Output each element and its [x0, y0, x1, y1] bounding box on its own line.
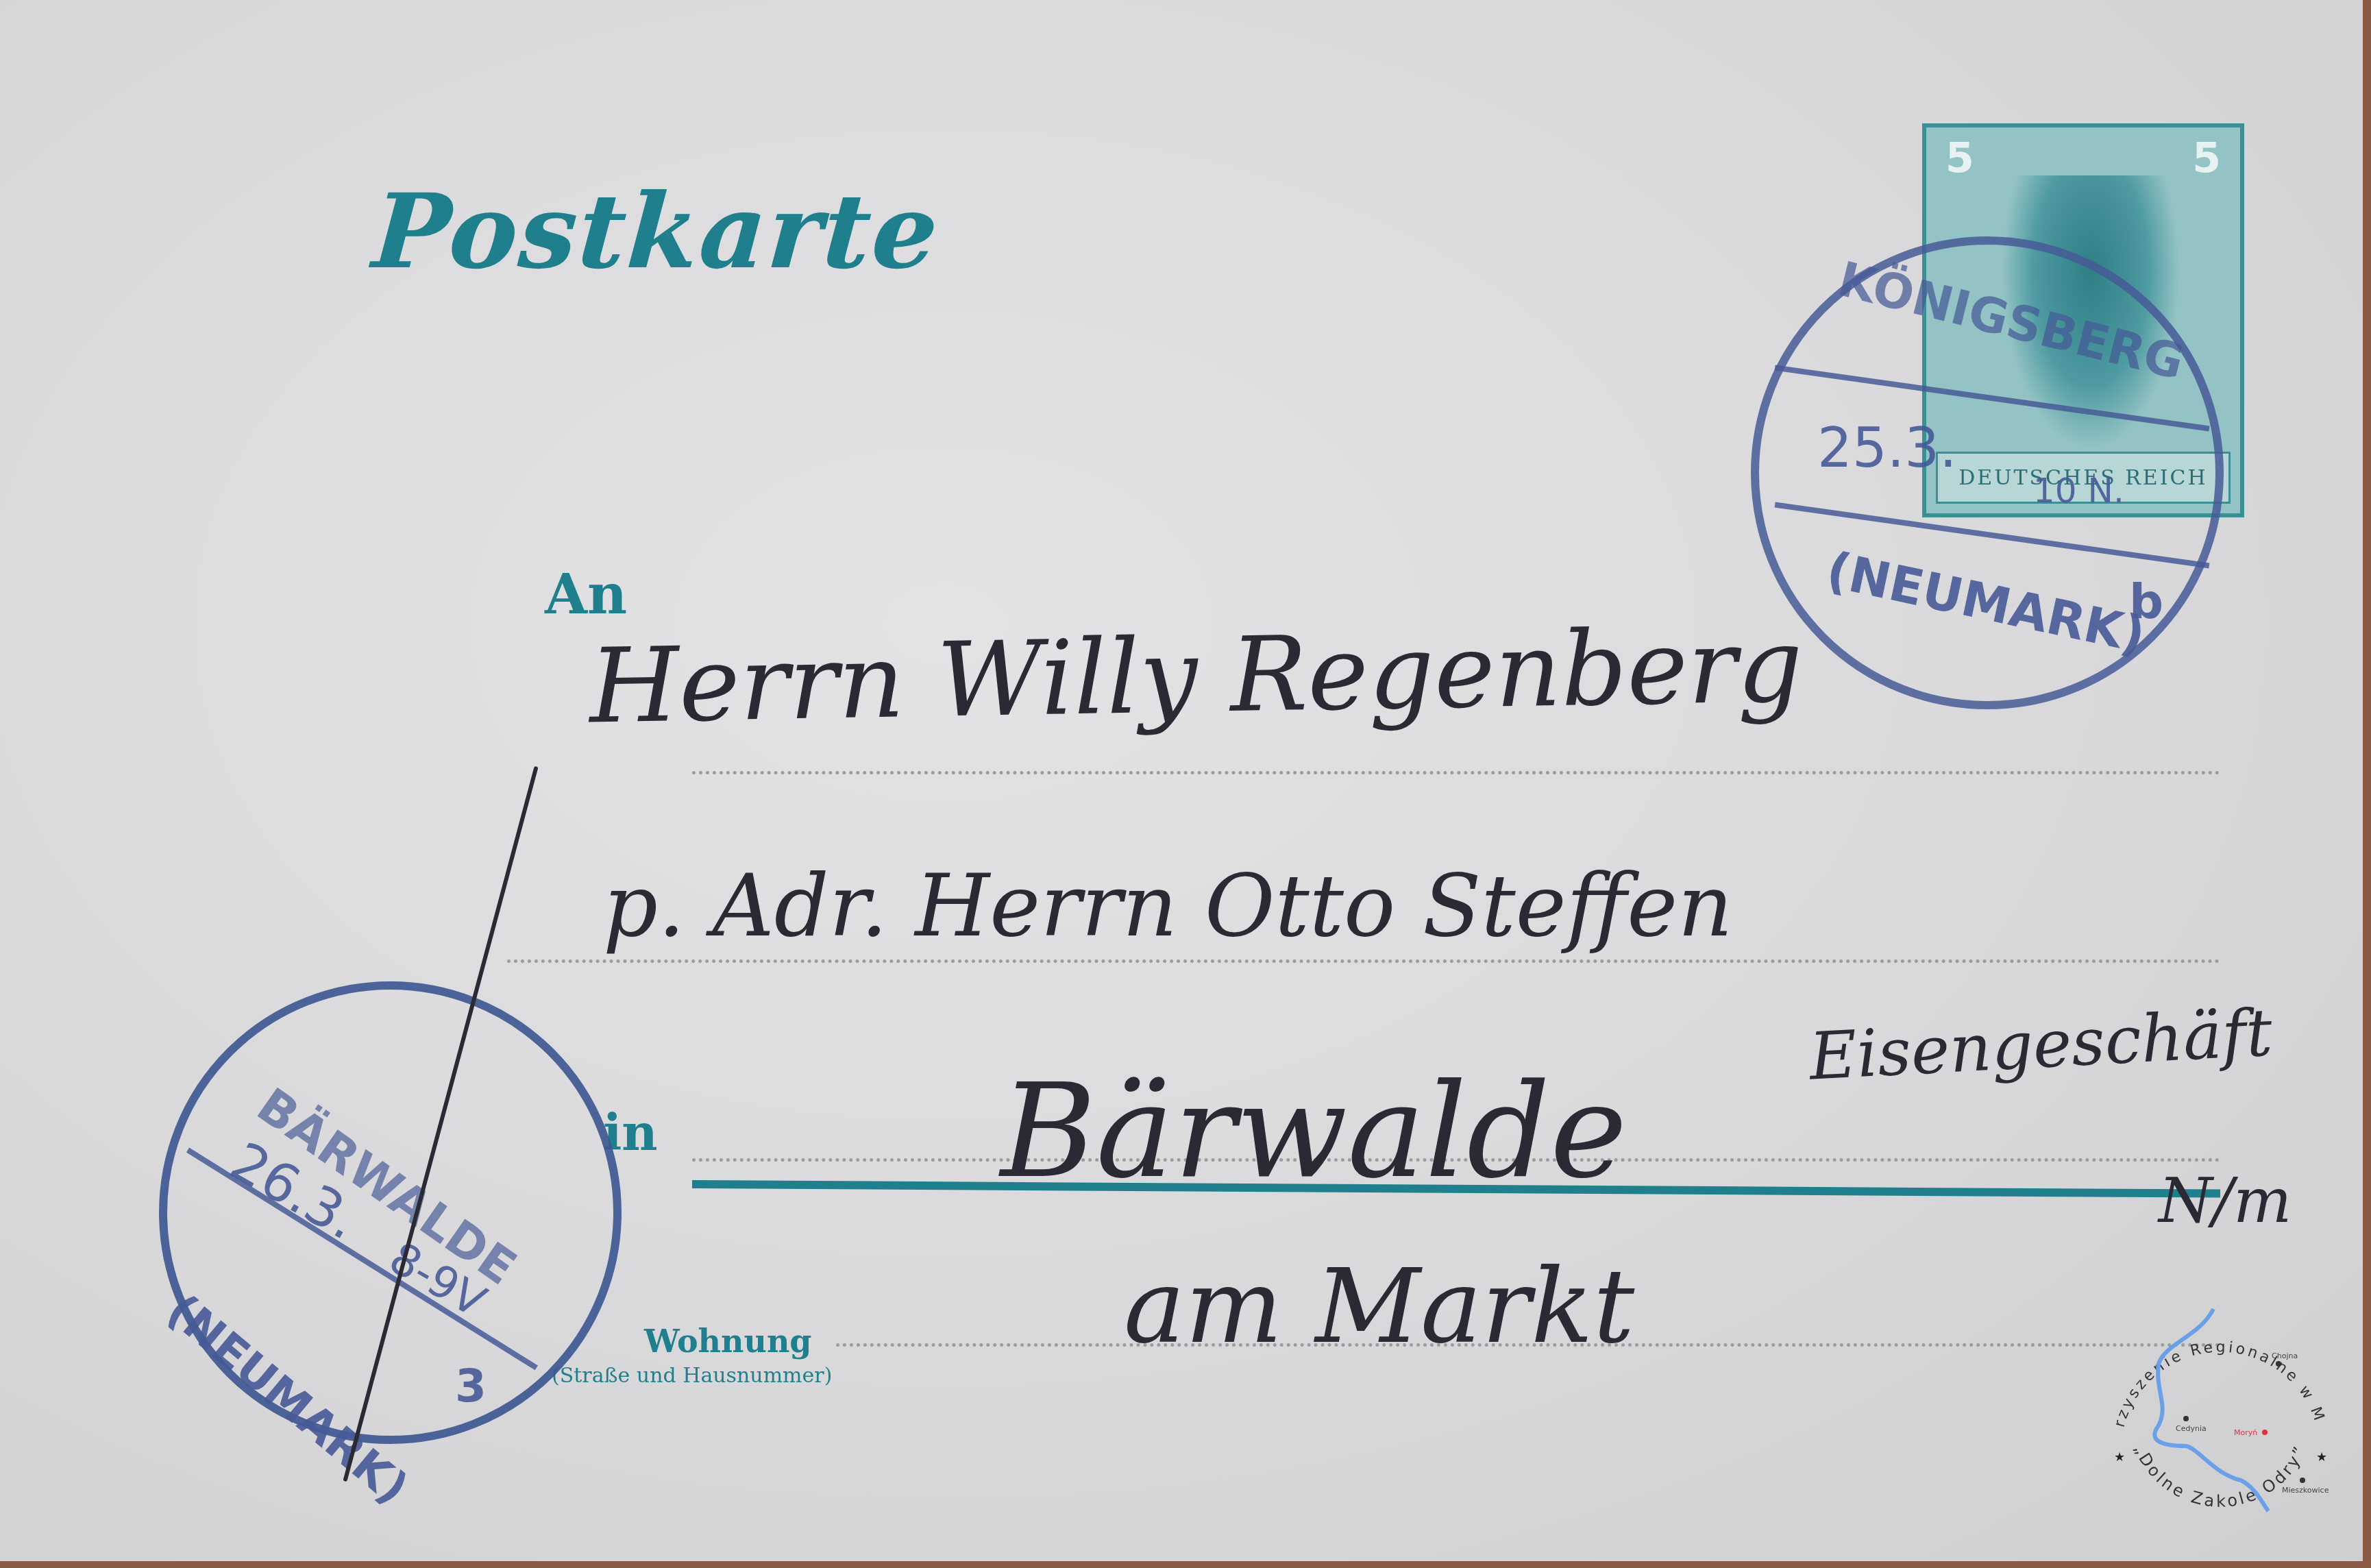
postmark-konigsberg: KÖNIGSBERG 25.3. 10 N. (NEUMARK) b: [1751, 236, 2224, 709]
postmark-letter: 3: [455, 1360, 487, 1412]
place-dot-icon: [2276, 1361, 2281, 1367]
handwritten-street: am Markt: [1124, 1247, 1634, 1367]
residence-label: Wohnung: [644, 1323, 812, 1360]
stamp-value-left: 5: [1945, 134, 1974, 182]
place-dot-icon: [2300, 1478, 2305, 1483]
watermark-org-bottom: „Dolne Zakole Odry”: [2130, 1441, 2311, 1510]
address-line-1: [692, 771, 2220, 774]
postcard: Postkarte An in Wohnung (Straße und Haus…: [0, 0, 2363, 1561]
postmark-letter: b: [2129, 574, 2163, 630]
svg-text:„Dolne Zakole Odry”: „Dolne Zakole Odry”: [2130, 1441, 2311, 1510]
handwritten-city: Bärwalde: [1000, 1055, 1627, 1207]
handwritten-recipient: Herrn Willy Regenberg: [589, 607, 1804, 747]
handwritten-business: Eisengeschäft: [1808, 995, 2274, 1094]
postmark-barwalde: BÄRWALDE 26.3. 8-9V (NEUMARK) 3: [159, 981, 622, 1444]
postcard-title: Postkarte: [369, 171, 944, 292]
star-icon: ★: [2114, 1450, 2125, 1465]
association-watermark: Stowarzyszenie Regionalne w Moryniu „Dol…: [2083, 1275, 2357, 1549]
stamp-value-right: 5: [2192, 134, 2221, 182]
residence-sublabel: (Straße und Hausnummer): [552, 1364, 832, 1388]
place-dot-icon: [2183, 1416, 2189, 1421]
star-icon: ★: [2316, 1450, 2327, 1465]
postmark-date: 25.3.: [1817, 416, 1957, 480]
postmark-time: 10 N.: [2033, 471, 2124, 511]
place-mieszkowice: Mieszkowice: [2282, 1486, 2329, 1495]
place-cedynia: Cedynia: [2176, 1424, 2207, 1433]
recipient-label: An: [545, 562, 627, 626]
postmark-region: (NEUMARK): [157, 1284, 418, 1515]
address-line-2: [507, 959, 2220, 963]
postmark-region: (NEUMARK): [1821, 541, 2150, 664]
place-chojna: Chojna: [2272, 1351, 2298, 1360]
place-dot-icon: [2262, 1430, 2268, 1435]
handwritten-city-note: N/m: [2159, 1165, 2292, 1237]
place-moryn: Moryń: [2234, 1428, 2257, 1437]
handwritten-care-of: p. Adr. Herrn Otto Steffen: [603, 857, 1733, 956]
